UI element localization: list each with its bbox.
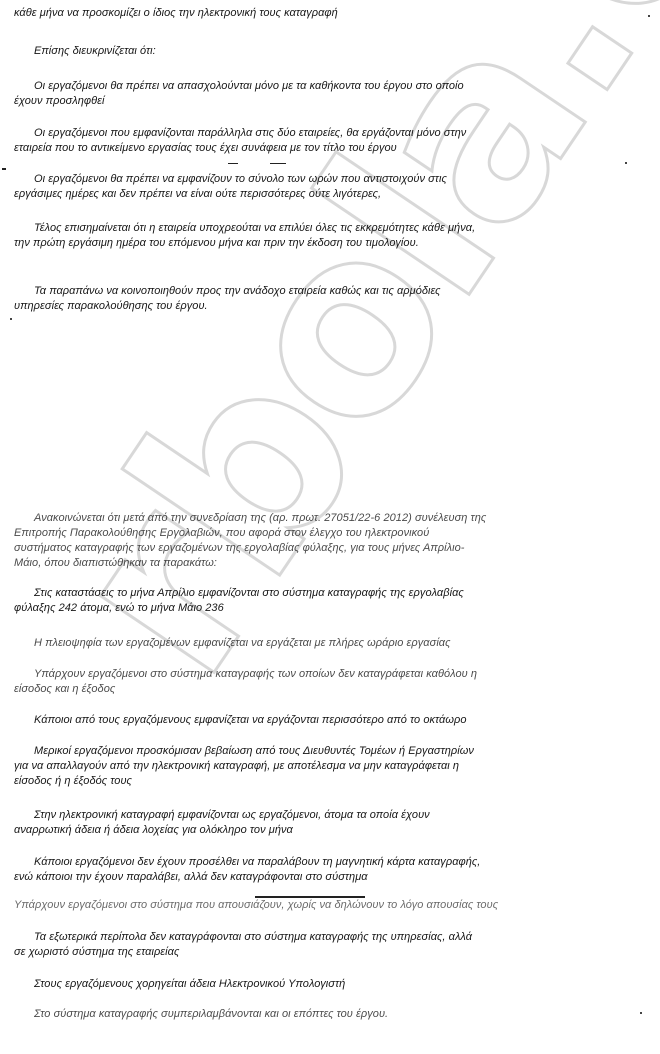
paragraph: Μερικοί εργαζόμενοι προσκόμισαν βεβαίωση… <box>14 744 604 789</box>
text-line: φύλαξης 242 άτομα, ενώ το μήνα Μάιο 236 <box>14 601 604 616</box>
paragraph: Κάποιοι από τους εργαζόμενους εμφανίζετα… <box>14 713 604 728</box>
scan-artifact <box>648 15 650 17</box>
text-line: ενώ κάποιοι την έχουν παραλάβει, αλλά δε… <box>14 870 604 885</box>
text-line: Τα εξωτερικά περίπολα δεν καταγράφονται … <box>14 930 604 945</box>
text-line: κάθε μήνα να προσκομίζει ο ίδιος την ηλε… <box>14 6 604 21</box>
text-line: Μερικοί εργαζόμενοι προσκόμισαν βεβαίωση… <box>14 744 604 759</box>
paragraph: Στην ηλεκτρονική καταγραφή εμφανίζονται … <box>14 808 604 838</box>
scanned-document-page: rbola.gr κάθε μήνα να προσκομίζει ο ίδιο… <box>0 0 660 1054</box>
text-line: αναρρωτική άδεια ή άδεια λοχείας για ολό… <box>14 823 604 838</box>
text-line: Επίσης διευκρινίζεται ότι: <box>14 44 604 59</box>
scan-artifact <box>640 1012 642 1014</box>
text-line: Τα παραπάνω να κοινοποιηθούν προς την αν… <box>14 284 604 299</box>
text-line: είσοδος ή η έξοδός τους <box>14 774 604 789</box>
text-line: Οι εργαζόμενοι θα πρέπει να απασχολούντα… <box>14 79 604 94</box>
paragraph: Κάποιοι εργαζόμενοι δεν έχουν προσέλθει … <box>14 855 604 885</box>
paragraph: Οι εργαζόμενοι θα πρέπει να εμφανίζουν τ… <box>14 172 604 202</box>
paragraph: Οι εργαζόμενοι θα πρέπει να απασχολούντα… <box>14 79 604 109</box>
text-line: συστήματος καταγραφής των εργαζομένων τη… <box>14 541 604 556</box>
text-line: Υπάρχουν εργαζόμενοι στο σύστημα που απο… <box>14 898 604 913</box>
scan-artifact <box>270 163 286 164</box>
paragraph: Στους εργαζόμενους χορηγείται άδεια Ηλεκ… <box>14 977 604 992</box>
text-line: εταιρεία που το αντικείμενο εργασίας του… <box>14 141 604 156</box>
paragraph: Τέλος επισημαίνεται ότι η εταιρεία υποχρ… <box>14 221 604 251</box>
text-line: Στις καταστάσεις το μήνα Απρίλιο εμφανίζ… <box>14 586 604 601</box>
text-line: σε χωριστό σύστημα της εταιρείας <box>14 945 604 960</box>
text-line: Οι εργαζόμενοι που εμφανίζονται παράλληλ… <box>14 126 604 141</box>
text-line: για να απαλλαγούν από την ηλεκτρονική κα… <box>14 759 604 774</box>
paragraph: Στο σύστημα καταγραφής συμπεριλαμβάνοντα… <box>14 1007 604 1022</box>
text-line: εργάσιμες ημέρες και δεν πρέπει να είναι… <box>14 187 604 202</box>
text-line: την πρώτη εργάσιμη ημέρα του επόμενου μή… <box>14 236 604 251</box>
paragraph: Οι εργαζόμενοι που εμφανίζονται παράλληλ… <box>14 126 604 156</box>
text-line: Ανακοινώνεται ότι μετά από την συνεδρίασ… <box>14 511 604 526</box>
text-line: Υπάρχουν εργαζόμενοι στο σύστημα καταγρα… <box>14 667 604 682</box>
text-line: είσοδος και η έξοδος <box>14 682 604 697</box>
text-line: Κάποιοι εργαζόμενοι δεν έχουν προσέλθει … <box>14 855 604 870</box>
text-line: Οι εργαζόμενοι θα πρέπει να εμφανίζουν τ… <box>14 172 604 187</box>
paragraph: Επίσης διευκρινίζεται ότι: <box>14 44 604 59</box>
paragraph-degraded: Υπάρχουν εργαζόμενοι στο σύστημα που απο… <box>14 898 604 913</box>
text-line: Στο σύστημα καταγραφής συμπεριλαμβάνοντα… <box>14 1007 604 1022</box>
text-line: Μάιο, όπου διαπιστώθηκαν τα παρακάτω: <box>14 556 604 571</box>
text-line: Η πλειοψηφία των εργαζομένων εμφανίζεται… <box>14 636 604 651</box>
scan-artifact <box>10 318 12 320</box>
paragraph: Τα εξωτερικά περίπολα δεν καταγράφονται … <box>14 930 604 960</box>
text-line: Στους εργαζόμενους χορηγείται άδεια Ηλεκ… <box>14 977 604 992</box>
paragraph: Στις καταστάσεις το μήνα Απρίλιο εμφανίζ… <box>14 586 604 616</box>
paragraph: Υπάρχουν εργαζόμενοι στο σύστημα καταγρα… <box>14 667 604 697</box>
paragraph: Ανακοινώνεται ότι μετά από την συνεδρίασ… <box>14 511 604 571</box>
text-line: Επιτροπής Παρακολούθησης Εργολαβιών, που… <box>14 526 604 541</box>
text-line: Κάποιοι από τους εργαζόμενους εμφανίζετα… <box>14 713 604 728</box>
text-line: Τέλος επισημαίνεται ότι η εταιρεία υποχρ… <box>14 221 604 236</box>
text-line: υπηρεσίες παρακολούθησης του έργου. <box>14 299 604 314</box>
scan-artifact <box>625 162 627 164</box>
scan-artifact <box>228 163 238 164</box>
paragraph: Τα παραπάνω να κοινοποιηθούν προς την αν… <box>14 284 604 314</box>
text-line: έχουν προσληφθεί <box>14 94 604 109</box>
text-line: Στην ηλεκτρονική καταγραφή εμφανίζονται … <box>14 808 604 823</box>
paragraph: κάθε μήνα να προσκομίζει ο ίδιος την ηλε… <box>14 6 604 21</box>
scan-artifact <box>2 168 6 170</box>
paragraph: Η πλειοψηφία των εργαζομένων εμφανίζεται… <box>14 636 604 651</box>
